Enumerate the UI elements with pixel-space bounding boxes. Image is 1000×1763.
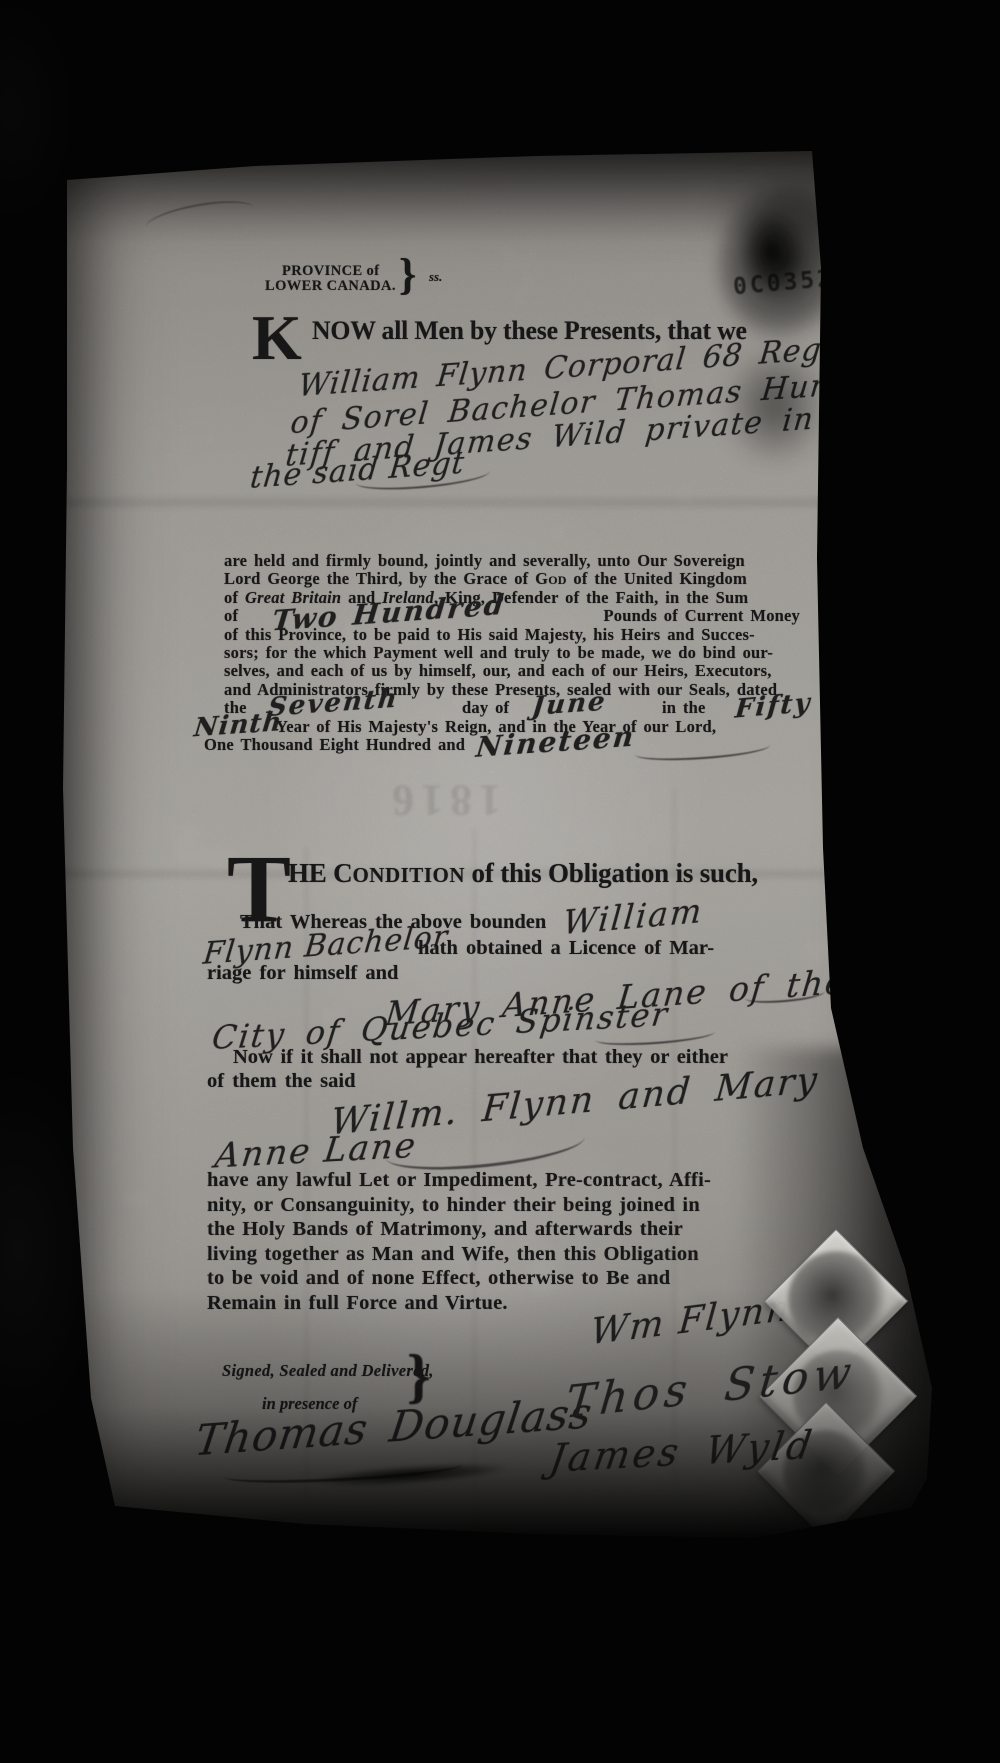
film-frame: 1816 PROVINCE of LOWER CANADA. } ss. 0C0… <box>0 0 1000 1763</box>
condition-heading-smallcaps: ONDITION <box>352 863 465 887</box>
bond-line-sum: of Two Hundred Pounds of Current Money <box>210 608 800 626</box>
bond-line-year: One Thousand Eight Hundred and Nineteen <box>210 737 800 755</box>
ss-abbreviation: ss. <box>429 270 442 283</box>
attestation-brace: } <box>407 1346 431 1406</box>
document-page: 1816 PROVINCE of LOWER CANADA. } ss. 0C0… <box>55 148 935 1550</box>
bond-paragraph: are held and firmly bound, jointly and s… <box>210 553 800 755</box>
condition-heading: HE CONDITION of this Obligation is such, <box>288 860 758 887</box>
province-caption: PROVINCE of LOWER CANADA. <box>265 264 396 294</box>
bond-line: selves, and each of us by himself, our, … <box>210 663 800 681</box>
attestation-line1: Signed, Sealed and Delivered, <box>222 1363 434 1380</box>
bond-text: of <box>224 608 238 625</box>
condition-body-line: living together as Man and Wife, then th… <box>207 1244 797 1269</box>
condition-line: of them the said <box>207 1071 356 1092</box>
signature-witness: Thomas Douglass <box>192 1392 595 1462</box>
flourish-stroke <box>635 736 771 763</box>
condition-body: have any lawful Let or Impediment, Pre-c… <box>207 1170 797 1318</box>
condition-body-line: have any lawful Let or Impediment, Pre-c… <box>207 1170 797 1195</box>
crease-squiggle <box>143 195 256 242</box>
condition-line: Now if it shall not appear hereafter tha… <box>233 1047 728 1068</box>
province-line2: LOWER CANADA. <box>265 279 396 294</box>
bond-line-date: the Seventh day of June in the Fifty <box>210 700 800 718</box>
bond-text: in the <box>662 700 706 717</box>
bond-text: One Thousand Eight Hundred and <box>204 737 465 754</box>
condition-line: hath obtained a Licence of Mar- <box>418 938 714 959</box>
condition-body-line: nity, or Consanguinity, to hinder their … <box>207 1195 797 1220</box>
know-heading: NOW all Men by these Presents, that we <box>312 318 747 344</box>
paper-watermark: 1816 <box>385 778 501 822</box>
bond-text: of the United Kingdom <box>567 569 747 588</box>
handwritten-groom-name: William <box>562 894 705 940</box>
film-smudge-core <box>731 196 811 306</box>
condition-heading-text: HE C <box>288 858 352 888</box>
bond-text: Pounds of Current Money <box>603 608 800 625</box>
handwritten-month: June <box>531 688 608 719</box>
know-dropcap: K <box>252 306 302 370</box>
fold-crease <box>55 498 935 507</box>
condition-line: riage for himself and <box>207 963 398 984</box>
condition-body-line: the Holy Bands of Matrimony, and afterwa… <box>207 1219 797 1244</box>
province-line1: PROVINCE of <box>282 264 396 279</box>
handwritten-year: Nineteen <box>475 722 637 761</box>
condition-body-line: to be void and of none Effect, otherwise… <box>207 1268 797 1293</box>
handwritten-day: Seventh <box>267 685 400 720</box>
condition-heading-text: of this Obligation is such, <box>465 858 758 888</box>
film-smudge-lower <box>703 323 848 488</box>
header-brace: } <box>399 253 416 297</box>
bond-text: Lord George the Third, by the Grace of <box>224 569 535 588</box>
bond-text: of <box>224 588 245 607</box>
bond-text-god: God <box>535 569 566 588</box>
bond-text: day of <box>462 700 509 717</box>
